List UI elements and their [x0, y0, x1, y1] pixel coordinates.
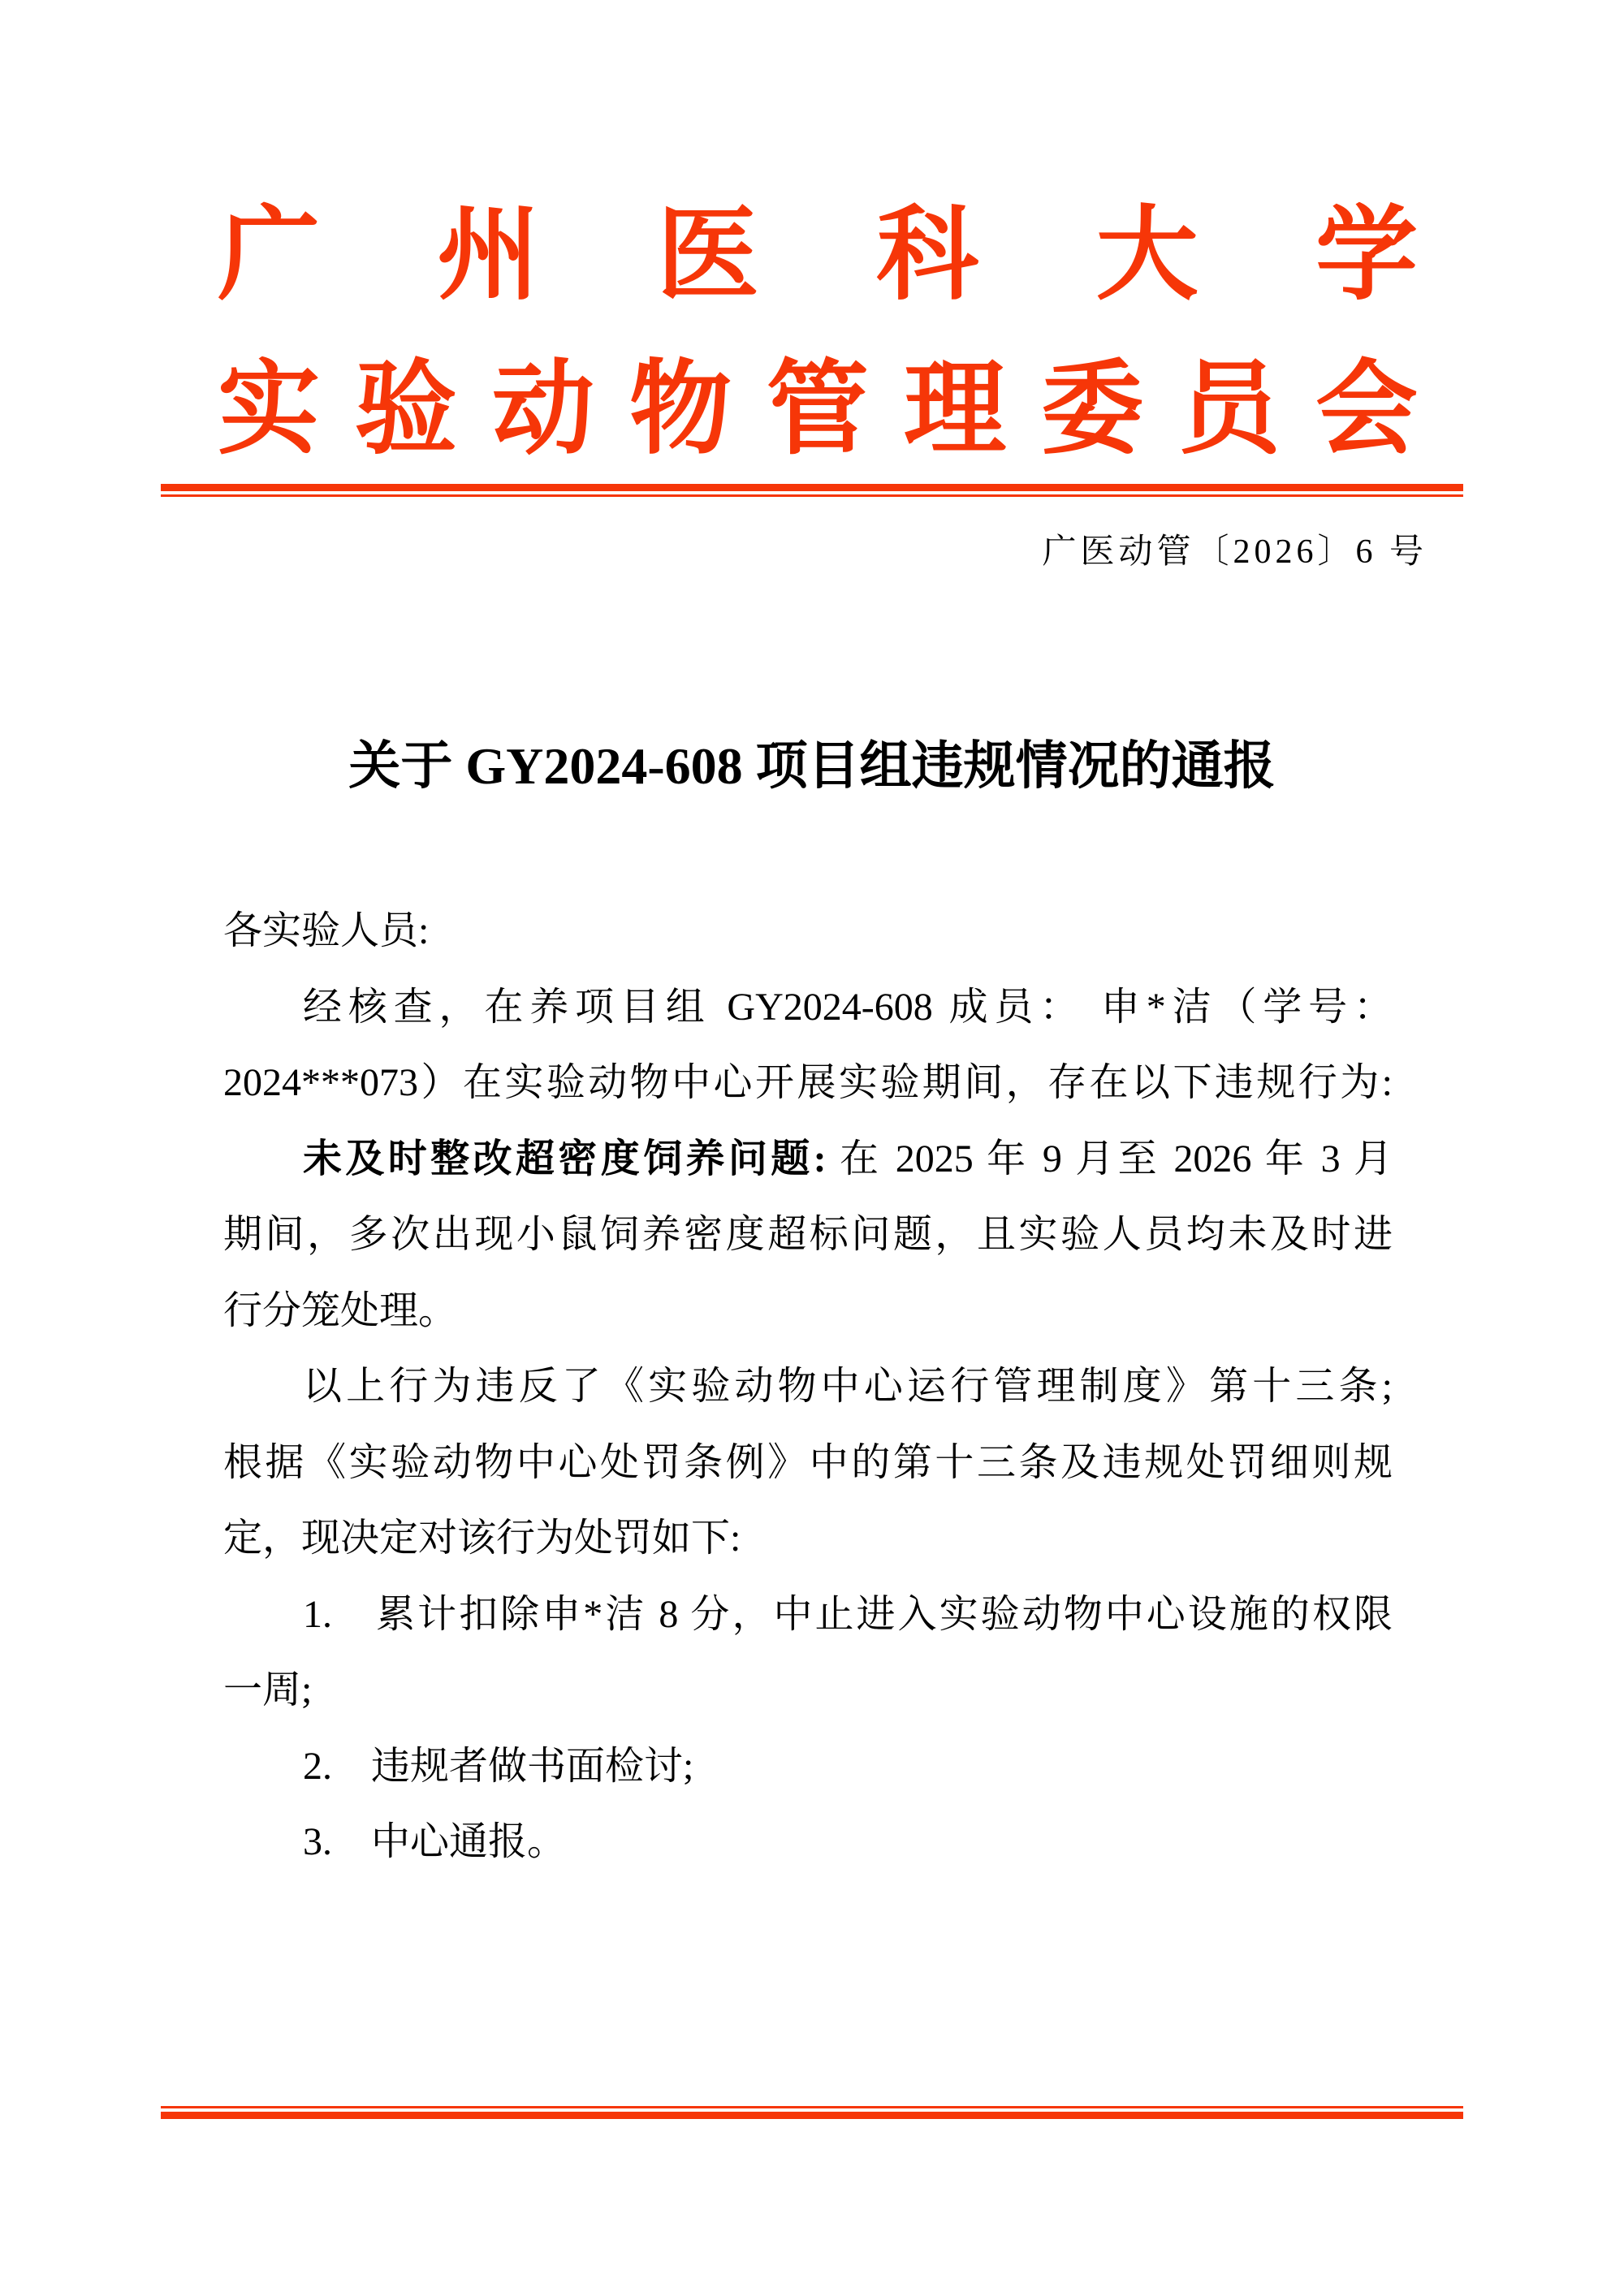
body-line-text: 期间，多次出现小鼠饲养密度超标问题，且实验人员均未及时进: [223, 1213, 1393, 1256]
body-line: 根据《实验动物中心处罚条例》中的第十三条及违规处罚细则规: [223, 1425, 1393, 1501]
body-line-salutation: 各实验人员:: [223, 893, 1393, 969]
body-line-list-item-3: 3. 中心通报。: [223, 1804, 1393, 1880]
body-line-text: 定，现决定对该行为处罚如下:: [223, 1517, 741, 1560]
body-line-list-item-2: 2. 违规者做书面检讨;: [223, 1728, 1393, 1805]
letterhead-char: 大: [1096, 200, 1199, 313]
body-line-text: 经核查，在养项目组 GY2024-608 成员： 申*洁（学号：: [303, 986, 1393, 1029]
body-line-text: 在 2025 年 9 月至 2026 年 3 月: [827, 1137, 1393, 1180]
letterhead-char: 委: [1041, 354, 1143, 468]
letterhead-char: 员: [1178, 354, 1281, 468]
body-line-list-item-1: 1. 累计扣除申*洁 8 分，中止进入实验动物中心设施的权限: [223, 1577, 1393, 1653]
letterhead-char: 实: [218, 354, 320, 468]
body-line: 2024***073）在实验动物中心开展实验期间，存在以下违规行为:: [223, 1045, 1393, 1121]
body-line-text: 1. 累计扣除申*洁 8 分，中止进入实验动物中心设施的权限: [303, 1593, 1393, 1636]
letterhead-char: 州: [437, 200, 539, 313]
letterhead-char: 验: [355, 354, 457, 468]
letterhead-line1: 广 州 医 科 大 学: [218, 200, 1418, 313]
body-text: 各实验人员: 经核查，在养项目组 GY2024-608 成员： 申*洁（学号： …: [223, 893, 1393, 1880]
letterhead-char: 动: [492, 354, 594, 468]
letterhead-char: 科: [876, 200, 978, 313]
body-line: 期间，多次出现小鼠饲养密度超标问题，且实验人员均未及时进: [223, 1197, 1393, 1273]
body-line-text: 各实验人员:: [223, 909, 429, 952]
letterhead-char: 理: [904, 354, 1006, 468]
letterhead-char: 学: [1315, 200, 1418, 313]
footer-rule-thick: [161, 2112, 1463, 2119]
body-line-text: 3. 中心通报。: [303, 1820, 566, 1863]
body-line: 定，现决定对该行为处罚如下:: [223, 1500, 1393, 1577]
body-line: 一周;: [223, 1652, 1393, 1728]
header-rule-thin: [161, 494, 1463, 497]
body-line-text: 行分笼处理。: [223, 1289, 457, 1332]
body-line-text: 一周;: [223, 1668, 312, 1711]
doc-number: 广医动管〔2026〕6 号: [1042, 529, 1427, 575]
letterhead-line2: 实 验 动 物 管 理 委 员 会: [218, 354, 1418, 468]
letterhead-char: 会: [1315, 354, 1418, 468]
letterhead-char: 物: [629, 354, 732, 468]
footer-rule-thin: [161, 2106, 1463, 2108]
header-rule-thick: [161, 484, 1463, 491]
body-line-bold-text: 未及时整改超密度饲养问题:: [303, 1137, 827, 1180]
body-line: 以上行为违反了《实验动物中心运行管理制度》第十三条;: [223, 1349, 1393, 1425]
body-line: 行分笼处理。: [223, 1273, 1393, 1349]
letterhead-char: 广: [218, 200, 320, 313]
body-line-text: 根据《实验动物中心处罚条例》中的第十三条及违规处罚细则规: [223, 1441, 1393, 1484]
document-page: 广 州 医 科 大 学 实 验 动 物 管 理 委 员 会 广医动管〔2026〕…: [0, 0, 1624, 2296]
body-line-text: 2024***073）在实验动物中心开展实验期间，存在以下违规行为:: [223, 1061, 1393, 1104]
body-line-text: 以上行为违反了《实验动物中心运行管理制度》第十三条;: [303, 1365, 1393, 1408]
page-title: 关于 GY2024-608 项目组违规情况的通报: [0, 731, 1624, 802]
letterhead-char: 管: [767, 354, 869, 468]
letterhead-char: 医: [657, 200, 759, 313]
body-line: 未及时整改超密度饲养问题: 在 2025 年 9 月至 2026 年 3 月: [223, 1121, 1393, 1198]
body-line-text: 2. 违规者做书面检讨;: [303, 1745, 693, 1788]
body-line: 经核查，在养项目组 GY2024-608 成员： 申*洁（学号：: [223, 969, 1393, 1046]
